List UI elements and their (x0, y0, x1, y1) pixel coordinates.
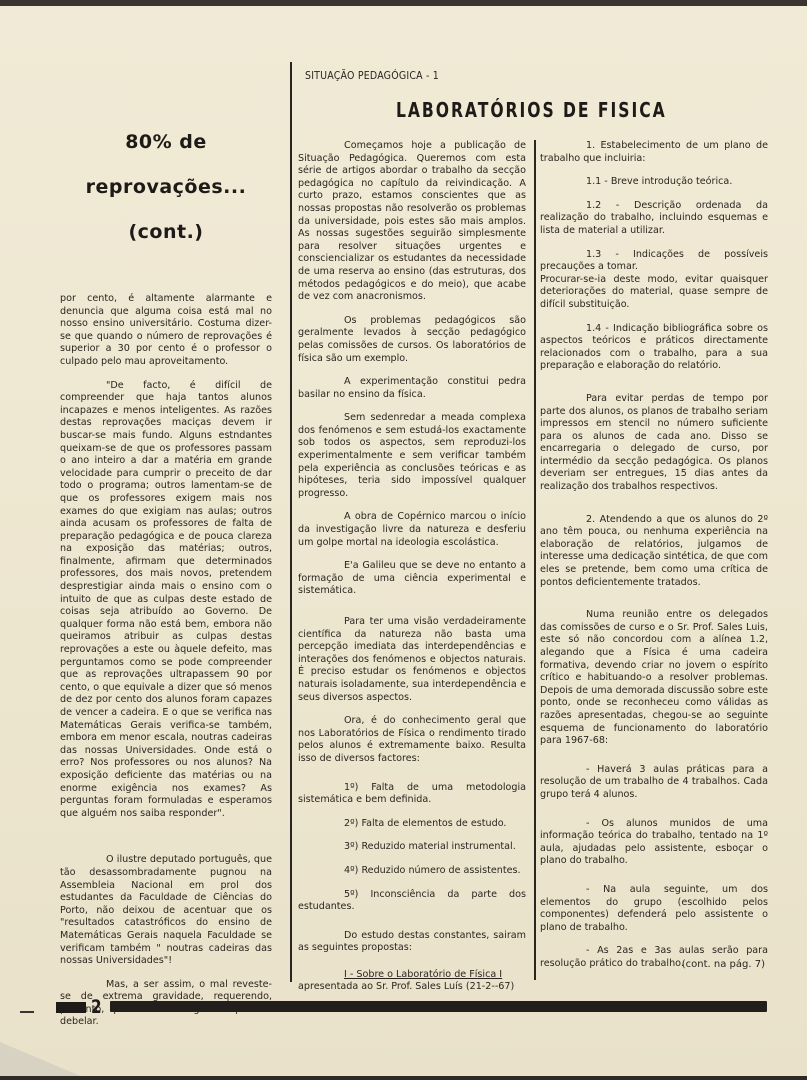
page-top-edge (0, 0, 807, 6)
factor-item: 5º) Inconsciência da parte dos estudante… (298, 889, 526, 914)
factor-item: 2º) Falta de elementos de estudo. (298, 818, 526, 831)
footer-mark (20, 1007, 34, 1013)
column-divider (290, 62, 292, 982)
factor-text: Inconsciência da parte dos estudantes. (298, 889, 526, 913)
paragraph: A experimentação constitui pedra basilar… (298, 376, 526, 401)
paragraph: Numa reunião entre os delegados das comi… (540, 609, 768, 748)
factor-text: Falta de uma metodologia sistemática e b… (298, 782, 526, 806)
schedule-item: - Na aula seguinte, um dos elementos do … (540, 884, 768, 934)
paragraph: por cento, é altamente alarmante e denun… (60, 293, 272, 369)
title-line: (cont.) (60, 210, 272, 255)
paragraph: Os problemas pedagógicos são geralmente … (298, 315, 526, 365)
main-article-middle-column: Começamos hoje a publicação de Situação … (298, 140, 526, 1005)
paragraph: Do estudo destas constantes, sairam as s… (298, 930, 526, 955)
paragraph: Ora, é do conhecimento geral que nos Lab… (298, 715, 526, 765)
left-article-title: 80% de reprovações... (cont.) (60, 120, 272, 255)
column-divider (534, 140, 536, 980)
proposal-subtitle: apresentada ao Sr. Prof. Sales Luís (21-… (298, 981, 526, 994)
paragraph: "De facto, é difícil de compreender que … (60, 380, 272, 821)
paragraph: E'a Galileu que se deve no entanto a for… (298, 560, 526, 598)
plan-item: 1.4 - Indicação bibliográfica sobre os a… (540, 323, 768, 373)
factor-text: Reduzido material instrumental. (361, 841, 515, 852)
proposal-heading: I - Sobre o Laboratório de Física I (298, 969, 526, 982)
main-article-right-column: 1. Estabelecimento de um plano de trabal… (540, 140, 768, 981)
page-number: 2 (91, 996, 102, 1018)
factor-text: Reduzido número de assistentes. (361, 865, 520, 876)
factor-item: 3º) Reduzido material instrumental. (298, 841, 526, 854)
paragraph: Para ter uma visão verdadeiramente cient… (298, 616, 526, 704)
footer-bar (110, 1001, 767, 1012)
schedule-item: - Haverá 3 aulas práticas para a resoluç… (540, 764, 768, 802)
factor-ordinal: 4º) (344, 865, 358, 876)
schedule-item: - Os alunos munidos de uma informação te… (540, 818, 768, 868)
factor-ordinal: 2º) (344, 818, 358, 829)
plan-item: 1. Estabelecimento de um plano de trabal… (540, 140, 768, 165)
factor-ordinal: 3º) (344, 841, 358, 852)
paragraph: Começamos hoje a publicação de Situação … (298, 140, 526, 304)
plan-item: Procurar-se-ia deste modo, evitar quaisq… (540, 274, 768, 312)
footer-bar (56, 1002, 86, 1013)
paragraph: A obra de Copérnico marcou o início da i… (298, 511, 526, 549)
factor-item: 4º) Reduzido número de assistentes. (298, 865, 526, 878)
factor-item: 1º) Falta de uma metodologia sistemática… (298, 782, 526, 807)
plan-item: 1.1 - Breve introdução teórica. (540, 176, 768, 189)
continuation-note: (cont. na pág. 7) (682, 959, 765, 970)
factor-ordinal: 1º) (344, 782, 358, 793)
title-line: reprovações... (60, 165, 272, 210)
proposal-heading-text: I - Sobre o Laboratório de Física I (344, 969, 502, 980)
paragraph: Para evitar perdas de tempo por parte do… (540, 393, 768, 494)
plan-item: 1.3 - Indicações de possíveis precauções… (540, 249, 768, 274)
factor-ordinal: 5º) (344, 889, 358, 900)
main-headline: LABORATÓRIOS DE FISICA (396, 98, 667, 122)
factor-text: Falta de elementos de estudo. (361, 818, 506, 829)
page-corner-fold (0, 1042, 90, 1080)
section-label: SITUAÇÃO PEDAGÓGICA - 1 (305, 70, 439, 82)
paragraph: 2. Atendendo a que os alunos do 2º ano t… (540, 514, 768, 590)
plan-item: 1.2 - Descrição ordenada da realização d… (540, 200, 768, 238)
title-line: 80% de (60, 120, 272, 165)
paragraph: Sem sedenredar a meada complexa dos fenó… (298, 412, 526, 500)
left-article-body: por cento, é altamente alarmante e denun… (60, 293, 272, 1040)
page-bottom-edge (0, 1076, 807, 1080)
paragraph: O ilustre deputado português, que tão de… (60, 854, 272, 967)
